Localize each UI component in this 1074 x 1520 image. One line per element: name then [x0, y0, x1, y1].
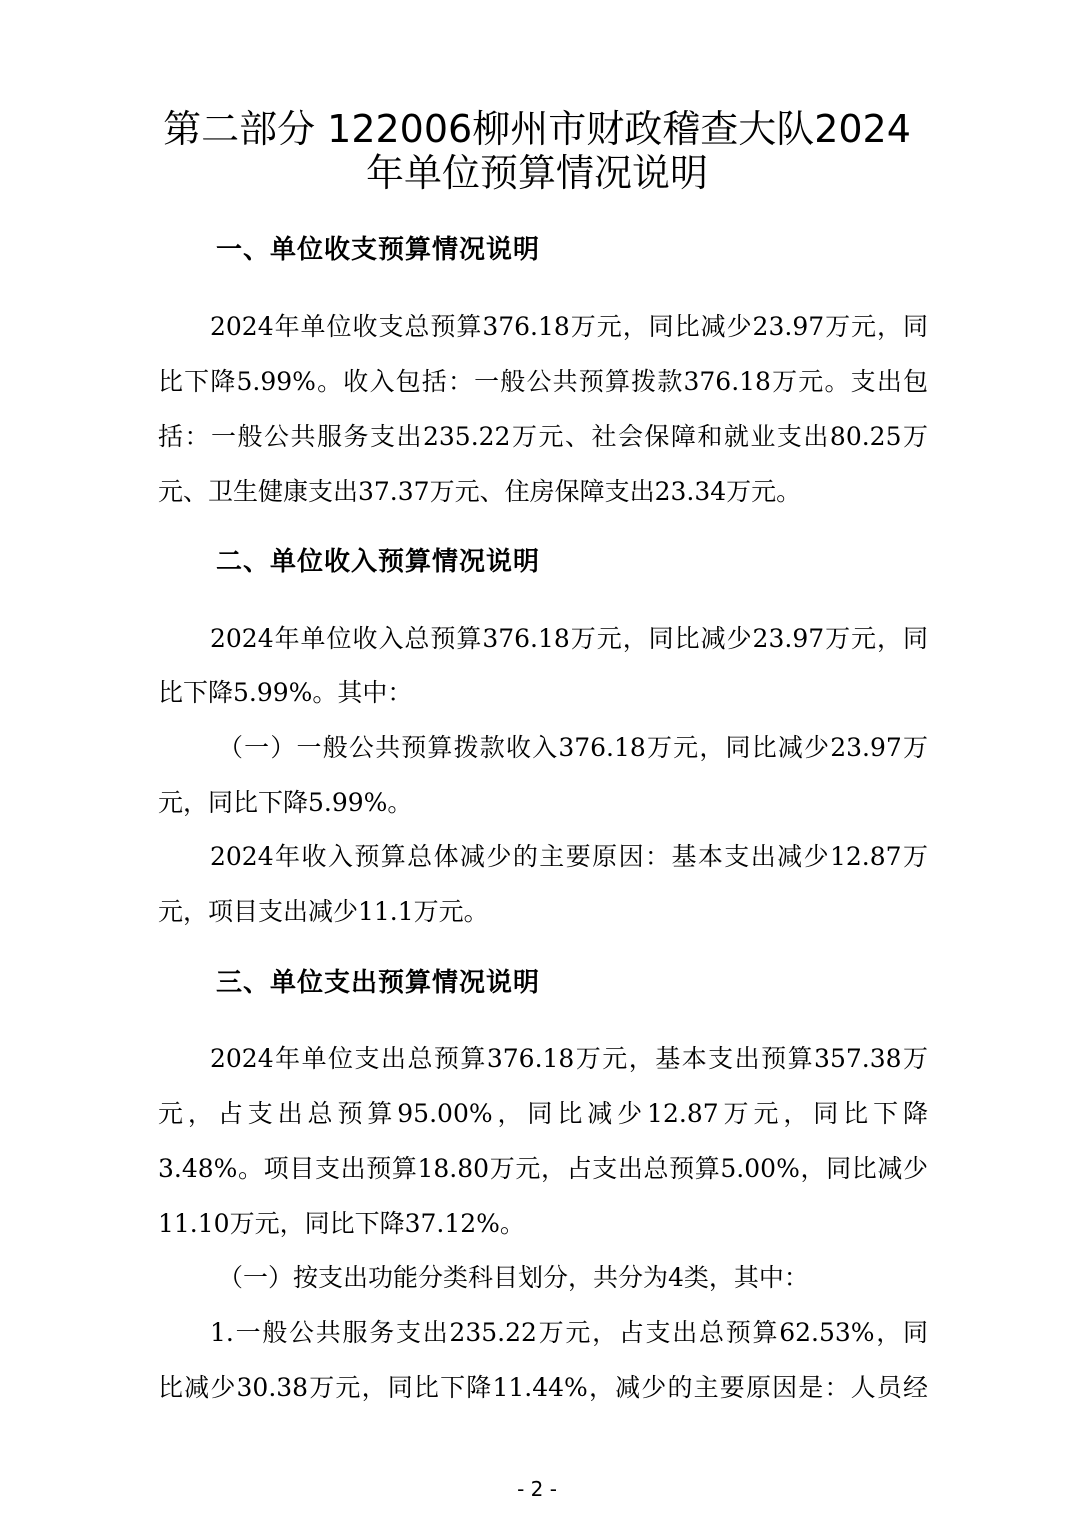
- section-heading-3: 三、单位支出预算情况说明: [216, 966, 540, 1000]
- paragraph-line: 比下降5.99%。收入包括：一般公共预算拨款376.18万元。支出包: [158, 365, 928, 399]
- paragraph-line: 2024年单位收入总预算376.18万元，同比减少23.97万元，同: [210, 622, 928, 656]
- document-page: 第二部分 122006柳州市财政稽查大队2024 年单位预算情况说明 一、单位收…: [0, 0, 1074, 1520]
- paragraph-line: 元，同比下降5.99%。: [158, 786, 928, 820]
- paragraph-line: 比下降5.99%。其中：: [158, 676, 928, 710]
- paragraph-line: 2024年单位支出总预算376.18万元，基本支出预算357.38万: [210, 1042, 928, 1076]
- document-title-line-2: 年单位预算情况说明: [0, 150, 1074, 196]
- paragraph-line: 2024年单位收支总预算376.18万元，同比减少23.97万元，同: [210, 310, 928, 344]
- paragraph-line: 比减少30.38万元，同比下降11.44%，减少的主要原因是：人员经: [158, 1371, 928, 1405]
- paragraph-line: 11.10万元，同比下降37.12%。: [158, 1207, 928, 1241]
- section-heading-2: 二、单位收入预算情况说明: [216, 545, 540, 579]
- document-title-line-1: 第二部分 122006柳州市财政稽查大队2024: [0, 106, 1074, 152]
- paragraph-line: （一）按支出功能分类科目划分，共分为4类，其中：: [218, 1261, 928, 1295]
- paragraph-line: 1.一般公共服务支出235.22万元，占支出总预算62.53%，同: [210, 1316, 928, 1350]
- paragraph-line: 2024年收入预算总体减少的主要原因：基本支出减少12.87万: [210, 840, 928, 874]
- paragraph-line: 元、卫生健康支出37.37万元、住房保障支出23.34万元。: [158, 475, 928, 509]
- page-number: - 2 -: [0, 1476, 1074, 1502]
- paragraph-line: 3.48%。项目支出预算18.80万元，占支出总预算5.00%，同比减少: [158, 1152, 928, 1186]
- paragraph-line: （一）一般公共预算拨款收入376.18万元，同比减少23.97万: [218, 731, 928, 765]
- paragraph-line: 括：一般公共服务支出235.22万元、社会保障和就业支出80.25万: [158, 420, 928, 454]
- paragraph-line: 元，占支出总预算95.00%，同比减少12.87万元，同比下降: [158, 1097, 928, 1131]
- section-heading-1: 一、单位收支预算情况说明: [216, 233, 540, 267]
- paragraph-line: 元，项目支出减少11.1万元。: [158, 895, 928, 929]
